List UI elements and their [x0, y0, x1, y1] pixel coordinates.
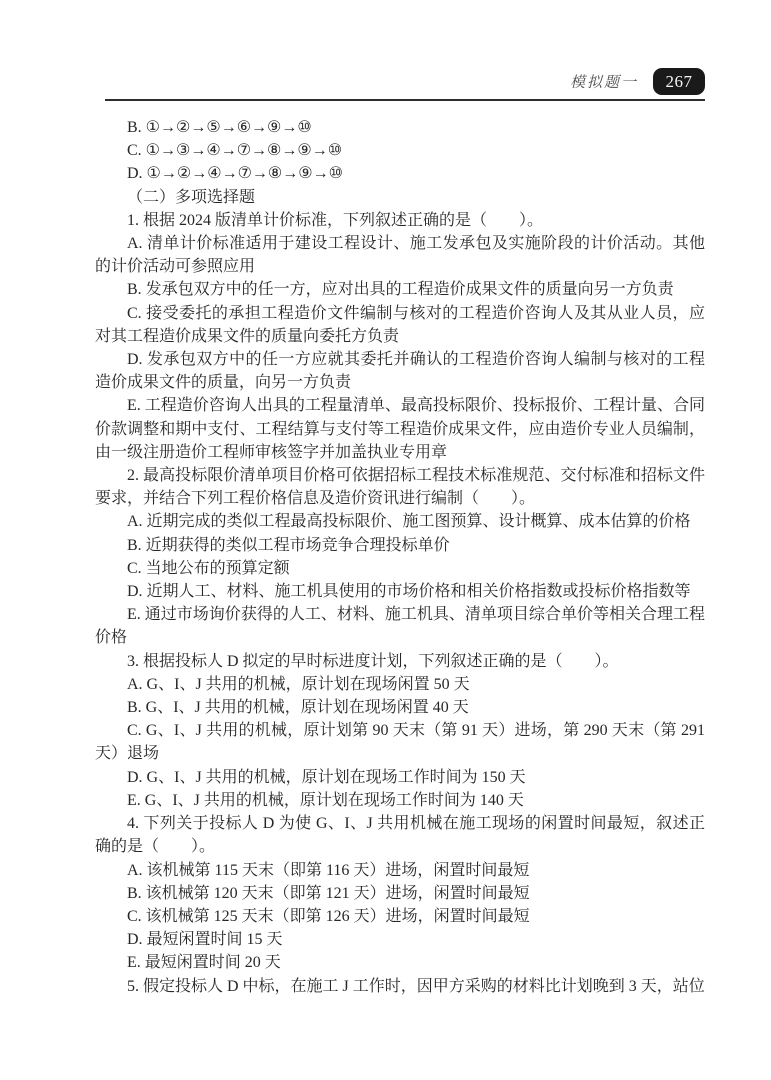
book-page: 模拟题一 267 B. ①→②→⑤→⑥→⑨→⑩C. ①→③→④→⑦→⑧→⑨→⑩D… — [0, 0, 771, 1080]
paragraph: 5. 假定投标人 D 中标，在施工 J 工作时，因甲方采购的材料比计划晚到 3 … — [95, 975, 705, 998]
paragraph: 3. 根据投标人 D 拟定的早时标进度计划，下列叙述正确的是（ ）。 — [95, 650, 705, 673]
paragraph: C. ①→③→④→⑦→⑧→⑨→⑩ — [95, 139, 705, 162]
paragraph: C. 当地公布的预算定额 — [95, 557, 705, 580]
paragraph: （二）多项选择题 — [95, 186, 705, 209]
paragraph: B. G、I、J 共用的机械，原计划在现场闲置 40 天 — [95, 696, 705, 719]
paragraph: E. 通过市场询价获得的人工、材料、施工机具、清单项目综合单价等相关合理工程价格 — [95, 603, 705, 649]
paragraph: A. 清单计价标准适用于建设工程设计、施工发承包及实施阶段的计价活动。其他的计价… — [95, 232, 705, 278]
page-header: 模拟题一 267 — [95, 68, 705, 95]
paragraph: C. G、I、J 共用的机械，原计划第 90 天末（第 91 天）进场，第 29… — [95, 719, 705, 765]
page-number-badge: 267 — [653, 68, 705, 95]
paragraph: A. 该机械第 115 天末（即第 116 天）进场，闲置时间最短 — [95, 859, 705, 882]
paragraph: B. ①→②→⑤→⑥→⑨→⑩ — [95, 116, 705, 139]
question-text-body: B. ①→②→⑤→⑥→⑨→⑩C. ①→③→④→⑦→⑧→⑨→⑩D. ①→②→④→⑦… — [95, 116, 705, 998]
paragraph: 1. 根据 2024 版清单计价标准，下列叙述正确的是（ ）。 — [95, 209, 705, 232]
header-divider — [105, 99, 705, 101]
paragraph: D. ①→②→④→⑦→⑧→⑨→⑩ — [95, 162, 705, 185]
paragraph: C. 该机械第 125 天末（即第 126 天）进场，闲置时间最短 — [95, 905, 705, 928]
paragraph: E. G、I、J 共用的机械，原计划在现场工作时间为 140 天 — [95, 789, 705, 812]
paragraph: 2. 最高投标限价清单项目价格可依据招标工程技术标准规范、交付标准和招标文件要求… — [95, 464, 705, 510]
section-title: 模拟题一 — [570, 71, 638, 92]
paragraph: 4. 下列关于投标人 D 为使 G、I、J 共用机械在施工现场的闲置时间最短，叙… — [95, 812, 705, 858]
paragraph: D. 近期人工、材料、施工机具使用的市场价格和相关价格指数或投标价格指数等 — [95, 580, 705, 603]
paragraph: B. 近期获得的类似工程市场竞争合理投标单价 — [95, 534, 705, 557]
paragraph: E. 最短闲置时间 20 天 — [95, 951, 705, 974]
paragraph: E. 工程造价咨询人出具的工程量清单、最高投标限价、投标报价、工程计量、合同价款… — [95, 394, 705, 464]
paragraph: B. 该机械第 120 天末（即第 121 天）进场，闲置时间最短 — [95, 882, 705, 905]
paragraph: A. G、I、J 共用的机械，原计划在现场闲置 50 天 — [95, 673, 705, 696]
paragraph: D. G、I、J 共用的机械，原计划在现场工作时间为 150 天 — [95, 766, 705, 789]
paragraph: D. 最短闲置时间 15 天 — [95, 928, 705, 951]
paragraph: A. 近期完成的类似工程最高投标限价、施工图预算、设计概算、成本估算的价格 — [95, 510, 705, 533]
paragraph: B. 发承包双方中的任一方，应对出具的工程造价成果文件的质量向另一方负责 — [95, 278, 705, 301]
paragraph: C. 接受委托的承担工程造价文件编制与核对的工程造价咨询人及其从业人员，应对其工… — [95, 302, 705, 348]
paragraph: D. 发承包双方中的任一方应就其委托并确认的工程造价咨询人编制与核对的工程造价成… — [95, 348, 705, 394]
